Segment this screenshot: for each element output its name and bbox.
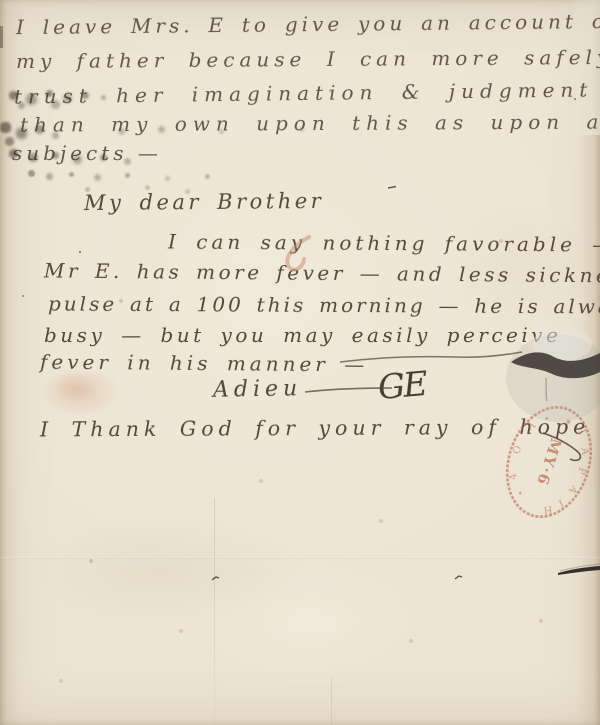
liquid-stain: [44, 368, 106, 408]
letter-page: I leave Mrs. E to give you an account of…: [0, 0, 600, 725]
letter-line: than my own upon this as upon all: [20, 109, 600, 136]
ink-smudge: [6, 146, 9, 149]
ink-speck: [79, 251, 81, 253]
edge-mark: [0, 26, 3, 48]
stamp-rim-letter: 4: [508, 472, 520, 481]
stamp-rim-letter: P: [575, 466, 588, 476]
letter-line: Mr E. has more fever — and less sickness: [44, 258, 600, 287]
stamp-rim-letter: O: [511, 444, 524, 455]
letter-line: subjects —: [12, 141, 162, 165]
stamp-rim-letter: I: [556, 497, 565, 509]
letter-line: busy — but you may easily perceive: [44, 323, 561, 347]
stamp-center-text: MY·6: [533, 436, 565, 488]
ink-smudge: [0, 118, 3, 121]
letter-line: trust her imagination & judgment: [14, 77, 594, 108]
fold-crease: [214, 498, 215, 725]
stray-pen-stroke-fringe: [560, 564, 600, 571]
letter-line: pulse at a 100 this morning — he is alwa…: [48, 291, 600, 318]
letter-line: my father because I can more safely: [16, 45, 600, 73]
ink-smudge: [26, 168, 29, 171]
ink-speck: [22, 295, 24, 297]
stamp-rim-letter: A: [566, 482, 580, 496]
fold-crease: [331, 676, 332, 725]
salutation: My dear Brother: [84, 189, 324, 215]
paper-tone-patch: [150, 540, 470, 710]
fold-crease: [0, 557, 600, 559]
letter-line: I leave Mrs. E to give you an account of: [16, 9, 600, 39]
letter-line: I can say nothing favorable —: [168, 229, 600, 256]
stamp-rim-letter: H: [543, 503, 553, 515]
signature-initials: GE: [376, 364, 427, 408]
postscript-line: I Thank God for your ray of hope: [40, 415, 590, 442]
stamp-rim-dot: [519, 491, 522, 494]
paper-specks: [0, 0, 2, 2]
ink-smudge: [6, 88, 9, 91]
ink-speck: [388, 187, 396, 189]
stamp-rim-letter: A: [578, 446, 590, 456]
closing-word: Adieu: [213, 376, 303, 403]
stray-pen-stroke: [558, 566, 600, 575]
